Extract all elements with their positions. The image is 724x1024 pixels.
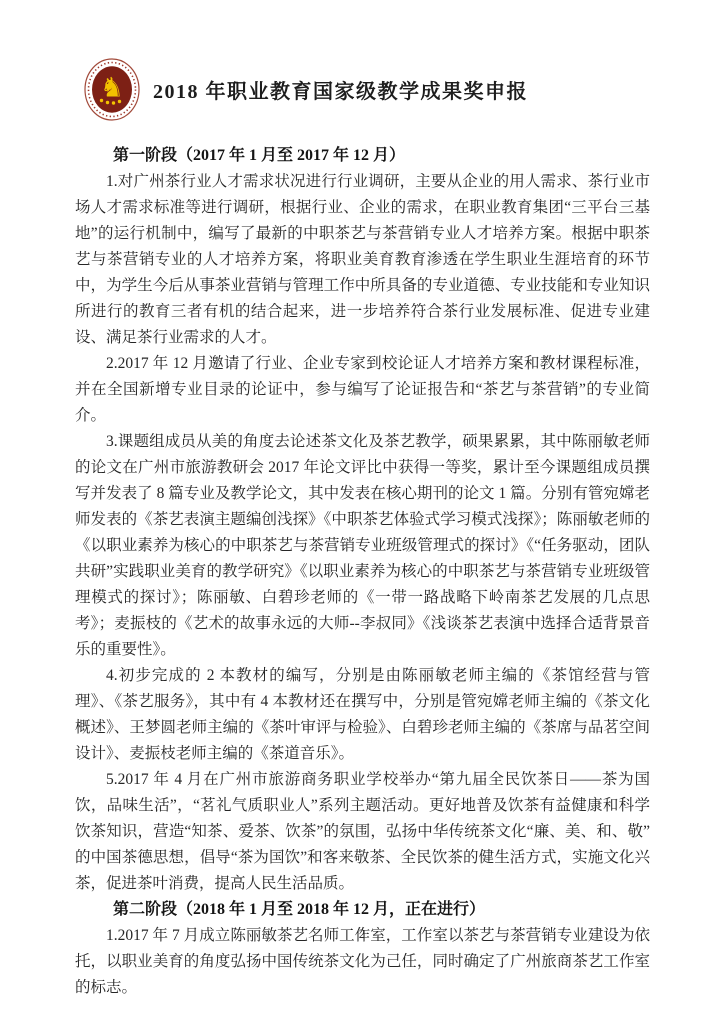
document-body: 第一阶段（2017 年 1 月至 2017 年 12 月） 1.对广州茶行业人才…: [75, 143, 650, 1001]
page-number: 2: [359, 926, 366, 941]
stage-2-heading: 第二阶段（2018 年 1 月至 2018 年 12 月，正在进行）: [75, 897, 650, 923]
stage-1-paragraph-3: 3.课题组成员从美的角度去论述茶文化及茶艺教学，硕果累累，其中陈丽敏老师的论文在…: [75, 429, 650, 663]
logo-horse-icon: ♞: [100, 73, 124, 103]
stage-1-paragraph-4: 4.初步完成的 2 本教材的编写，分别是由陈丽敏老师主编的《茶馆经营与管理》、《…: [75, 663, 650, 767]
document-page: ♞ 2018 年职业教育国家级教学成果奖申报 第一阶段（2017 年 1 月至 …: [0, 0, 724, 1024]
school-logo: ♞: [84, 58, 140, 121]
document-title: 2018 年职业教育国家级教学成果奖申报: [153, 75, 528, 104]
document-header: ♞ 2018 年职业教育国家级教学成果奖申报: [84, 58, 528, 121]
page-footer: 2: [0, 925, 724, 943]
stage-1-paragraph-5: 5.2017 年 4 月在广州市旅游商务职业学校举办“第九届全民饮茶日——茶为国…: [75, 767, 650, 897]
school-emblem-icon: ♞: [84, 58, 140, 121]
stage-1-paragraph-1: 1.对广州茶行业人才需求状况进行行业调研，主要从企业的用人需求、茶行业市场人才需…: [75, 169, 650, 351]
stage-1-paragraph-2: 2.2017 年 12 月邀请了行业、企业专家到校论证人才培养方案和教材课程标准…: [75, 351, 650, 429]
stage-1-heading: 第一阶段（2017 年 1 月至 2017 年 12 月）: [75, 143, 650, 169]
